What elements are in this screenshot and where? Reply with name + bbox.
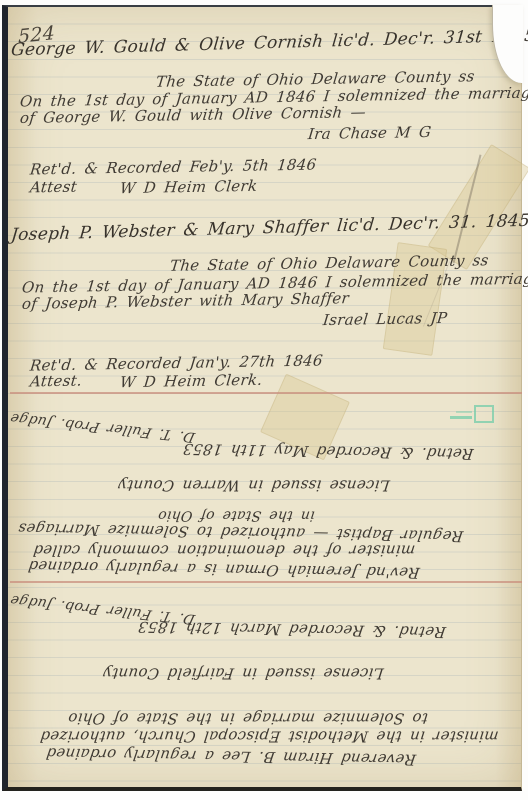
record-1-recorded: Ret'd. & Recorded Feb'y. 5th 1846	[29, 156, 317, 178]
inverted-record-1-line: minister of the denomination commonly ca…	[32, 542, 416, 559]
inverted-record-1-judge: D. T. Fuller Prob. Judge	[9, 409, 197, 443]
record-2-attest: Attest.	[29, 373, 83, 390]
record-2-body-line: of Joseph P. Webster with Mary Shaffer	[21, 290, 350, 312]
page-curl	[492, 5, 523, 83]
red-rule-divider	[10, 392, 522, 394]
record-1-heading: George W. Gould & Olive Cornish lic'd. D…	[10, 27, 528, 60]
record-2-clerk: W D Heim Clerk.	[119, 372, 263, 391]
red-rule-divider	[10, 581, 522, 583]
inverted-record-1-line: Rev'nd Jeremiah Orman is a regularly ord…	[27, 558, 421, 581]
record-2-signature: Israel Lucas JP	[322, 310, 448, 329]
inverted-record-2-license: License issued in Fairfield County	[102, 665, 385, 682]
inverted-record-2-line: minister in the Methodist Episcopal Chur…	[39, 728, 499, 745]
scanned-ledger-page: { "document": { "page_number": "524" }, …	[0, 0, 528, 800]
inverted-record-2-recorded: Retnd. & Recorded March 12th 1853	[137, 618, 447, 640]
ledger-page: 524 George W. Gould & Olive Cornish lic'…	[2, 5, 522, 791]
record-1-clerk: W D Heim Clerk	[119, 178, 258, 197]
inverted-record-2-line: to Solemnize marriage in the State of Oh…	[67, 710, 429, 727]
record-1-attest: Attest	[29, 179, 78, 196]
inverted-record-1-line: in the State of Ohio	[157, 507, 316, 522]
record-1-body-line: of George W. Gould with Olive Cornish —	[19, 104, 367, 127]
green-date-stamp-icon	[444, 401, 496, 425]
inverted-record-1-recorded: Retnd. & Recorded May 11th 1853	[182, 440, 475, 462]
inverted-record-2-line: Reverend Hiram B. Lee a regularly ordain…	[45, 745, 417, 768]
record-1-signature: Ira Chase M G	[307, 124, 432, 143]
inverted-record-1-license: License issued in Warren County	[117, 477, 391, 494]
